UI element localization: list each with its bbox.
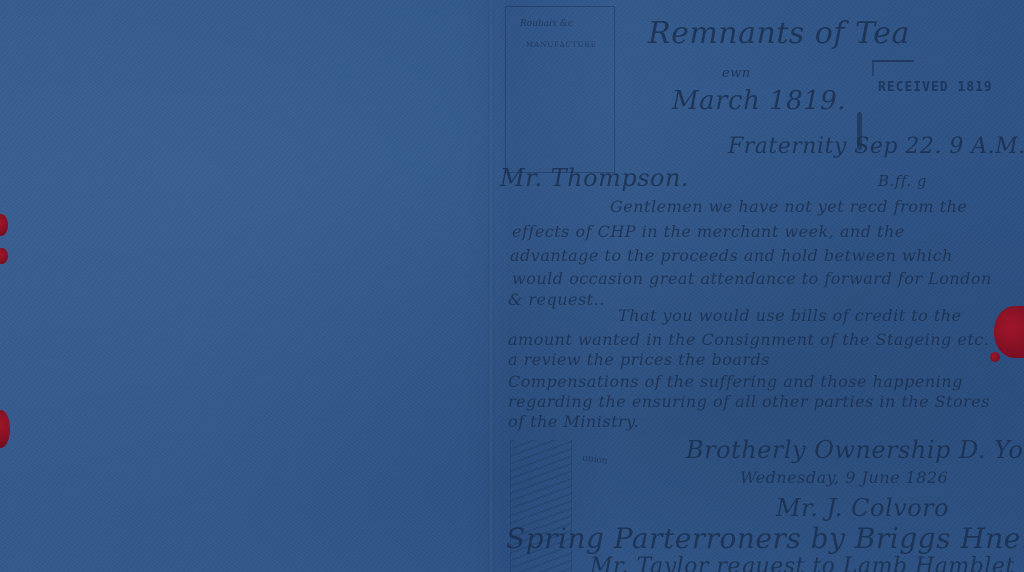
wax-seal-fragment xyxy=(0,410,10,448)
wax-seal-fragment xyxy=(0,248,8,264)
signature: Mr. J. Colvoro xyxy=(776,494,949,522)
embossed-stamp-frame: Roubaix &c MANUFACTURE xyxy=(505,6,615,173)
footer-line: Spring Parterroners by Briggs Hne. xyxy=(506,522,1024,555)
stamp-line-2: MANUFACTURE xyxy=(526,41,597,49)
footer-line: Mr. Taylor request to Lamb Hamblet xyxy=(590,554,1015,572)
received-stamp: RECEIVED 1819 xyxy=(878,80,993,95)
closing: Brotherly Ownership D. Young xyxy=(686,436,1024,464)
body-line: That you would use bills of credit to th… xyxy=(618,306,962,325)
embossed-border xyxy=(510,440,572,572)
body-line: a review the prices the boards xyxy=(508,350,770,369)
received-stamp-frame xyxy=(872,60,914,76)
wax-drop xyxy=(990,352,1000,362)
stamp-line-1: Roubaix &c xyxy=(520,19,573,29)
wax-seal xyxy=(994,306,1024,358)
wax-seal-fragment xyxy=(0,214,8,236)
salutation: Mr. Thompson. xyxy=(500,164,689,192)
fold-line xyxy=(488,0,494,572)
header-line2: ewn xyxy=(722,66,751,81)
body-line: & request.. xyxy=(508,290,605,309)
reference: B.ff. g xyxy=(878,172,927,190)
body-line: Compensations of the suffering and those… xyxy=(508,372,963,391)
body-line: amount wanted in the Consignment of the … xyxy=(508,330,989,349)
closing-date: Wednesday, 9 June 1826 xyxy=(740,468,948,487)
manuscript-page: Roubaix &c MANUFACTURE Remnants of Tea e… xyxy=(0,0,1024,572)
body-line: would occasion great attendance to forwa… xyxy=(512,269,992,288)
body-line: Gentlemen we have not yet recd from the xyxy=(610,197,967,216)
body-line: regarding the ensuring of all other part… xyxy=(508,392,990,411)
header-title: Remnants of Tea xyxy=(648,16,910,51)
body-line: effects of CHP in the merchant week, and… xyxy=(512,222,905,241)
header-date: March 1819. xyxy=(672,86,846,116)
embossed-label: union xyxy=(581,453,608,466)
place-date: Fraternity Sep 22. 9 A.M. xyxy=(728,134,1024,159)
body-line: advantage to the proceeds and hold betwe… xyxy=(510,246,953,265)
body-line: of the Ministry. xyxy=(508,412,639,431)
